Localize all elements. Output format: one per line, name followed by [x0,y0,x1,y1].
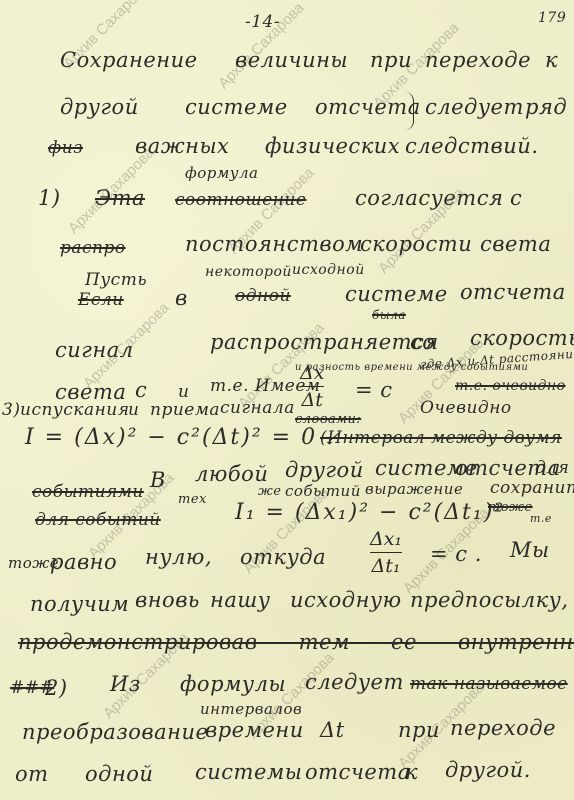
word: испускания [20,400,130,420]
struck-phrase: продемонстрировав тем ее внутреннюю связ… [18,630,574,654]
word: ряд [525,95,567,119]
word: распространяется [210,330,439,354]
struck-word: физ [48,138,83,158]
word: следствий. [405,134,539,158]
equals-c: = c [355,378,393,402]
word: системе [345,282,448,306]
struck-word: распро [60,238,126,258]
word: нашу [210,588,270,612]
insertion: некоторой [205,264,292,280]
word: Мы [510,538,550,562]
word: другой [285,458,364,482]
insertion: выражение [365,480,463,498]
word: следует [425,95,524,119]
struck-word: тоже [488,500,533,515]
word: нулю, [145,545,212,569]
struck-phrase: (Интервал между двумя [320,428,562,448]
struck-word: одной [235,286,291,306]
fraction-dx1-dt1: Δx₁Δt₁ [370,528,402,577]
equation-interval: I = (Δx)² − c²(Δt)² = 0 . [25,425,335,450]
word: скоростью [470,326,574,350]
struck-phrase: так называемое [410,674,568,694]
word: света [480,232,551,256]
word: приема [150,400,220,420]
word: отсчета [305,760,411,784]
word: отсчета [460,280,566,304]
word: В [150,468,166,492]
word: важных [135,134,229,158]
word: переходе [450,716,556,740]
word: сохранится [490,478,574,498]
word: физических [265,134,400,158]
struck-word: событиями [32,482,144,502]
word: т.е [530,512,552,525]
word: при [398,718,440,742]
word: от [15,762,49,786]
page-number-center: -14- [245,12,280,32]
equals-c: = c . [430,542,482,566]
word: сигнала [220,398,295,418]
word: системе [185,95,288,119]
item-number: 3) [2,400,20,420]
bracket [405,92,414,130]
fraction-dx-dt: ΔxΔt [300,362,324,411]
word: со [410,330,435,354]
struck-word: Если [78,290,124,310]
word: постоянством [185,232,363,256]
word: преобразование [22,720,208,744]
word: к [545,48,558,72]
word: откуда [240,545,326,569]
struck-word: соотношение [175,190,306,210]
word: исходную [290,588,402,612]
item-number: 1) [38,186,61,210]
equation-interval-prime: I₁ = (Δx₁)² − c²(Δt₁)² [235,500,505,525]
word: другой [60,95,139,119]
word: вновь [135,588,200,612]
word: скорости [360,232,472,256]
insertion: же [258,484,281,499]
word: предпосылку, [410,588,569,612]
line-1: Сохранение [60,48,198,72]
insertion: Пусть [85,270,147,290]
insertion: тех [178,492,207,507]
word: в [175,286,188,310]
word: формулы [180,672,286,696]
word: и [128,400,139,420]
word: Очевидно [420,398,512,418]
word: сигнал [55,338,134,362]
word: и [178,382,189,402]
word: согласуется [355,186,503,210]
page-number-corner: 179 [538,10,566,26]
word: времени [205,718,304,742]
word: величины [235,48,348,72]
word: для [535,458,569,478]
struck-word: Эта [95,186,145,210]
word: получим [30,592,129,616]
word: другой. [445,758,531,782]
word: c [135,378,147,402]
word: к [405,760,418,784]
insertion: событий [285,482,361,500]
word: переходе [425,48,531,72]
struck-phrase: для событий [35,510,161,530]
item-number: 2) [45,676,68,700]
insertion: исходной [292,262,365,278]
word: любой [195,462,268,486]
word: одной [85,762,153,786]
word: Из [110,672,141,696]
word: при [370,48,412,72]
word: равно [50,550,117,574]
insertion: формула [185,164,259,182]
insertion: интервалов [200,700,302,718]
struck-word: т.е. очевидно [455,378,566,394]
struck-word: была [372,308,406,322]
word: системы [195,760,302,784]
manuscript-page: Архив Сахарова Архив Сахарова Архив Саха… [0,0,574,800]
word: Δt [320,718,345,742]
word: с [510,186,522,210]
word: следует [305,670,404,694]
